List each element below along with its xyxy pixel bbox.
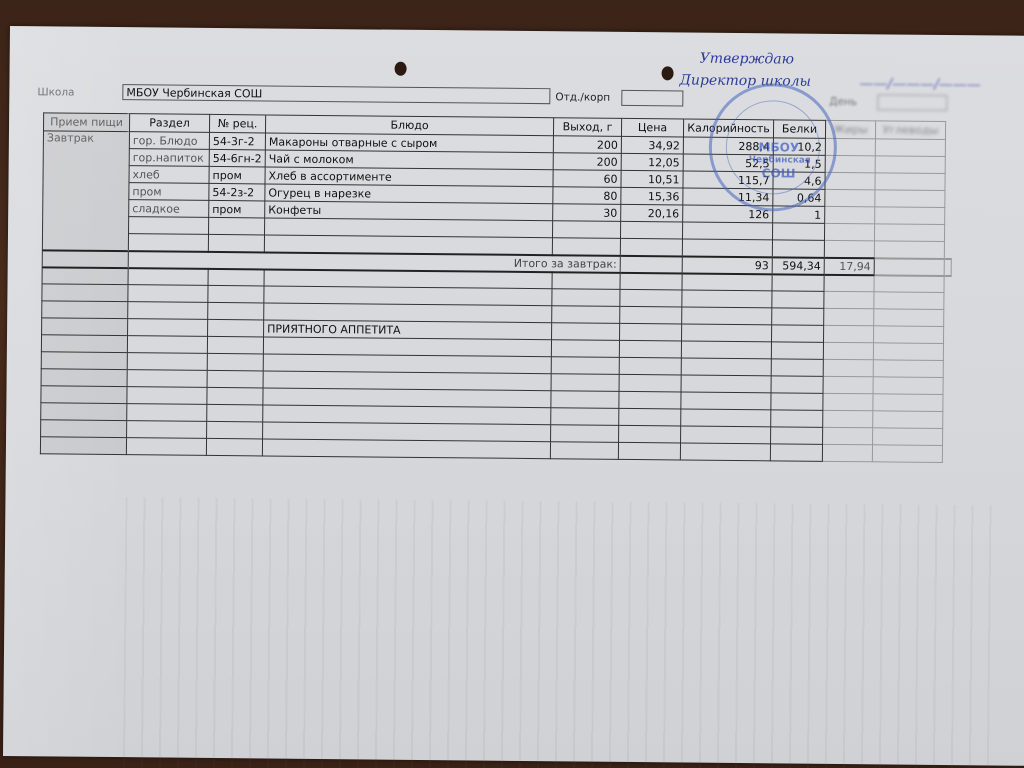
carbs-cell-blurred xyxy=(875,207,945,225)
price-cell: 10,51 xyxy=(621,170,683,188)
empty-cell xyxy=(41,403,127,421)
empty-cell xyxy=(262,439,550,459)
stamp-text: МБОУ Чербинская СОШ xyxy=(749,141,809,181)
empty-cell xyxy=(552,306,620,324)
yield-cell: 200 xyxy=(553,136,621,154)
yield-cell: 30 xyxy=(553,204,621,222)
fat-cell-blurred xyxy=(825,206,875,223)
empty-cell xyxy=(552,272,620,290)
empty-cell xyxy=(209,217,265,235)
yield-cell: 200 xyxy=(553,153,621,171)
empty-cell xyxy=(551,408,619,426)
price-cell: 20,16 xyxy=(621,204,683,222)
empty-cell xyxy=(41,420,127,438)
empty-cell xyxy=(40,437,126,455)
empty-cell xyxy=(770,444,822,461)
empty-cell xyxy=(681,426,771,444)
empty-cell xyxy=(681,375,771,393)
empty-cell xyxy=(771,427,823,444)
empty-cell xyxy=(42,284,128,302)
day-label: День xyxy=(829,96,857,108)
empty-cell xyxy=(682,307,772,325)
recipe-cell: 54-6гн-2 xyxy=(209,149,265,167)
empty-cell xyxy=(873,343,943,361)
empty-cell xyxy=(874,275,944,293)
empty-cell xyxy=(873,377,943,395)
empty-cell xyxy=(207,387,263,405)
punch-hole-right xyxy=(662,66,674,80)
total-carbs-blurred xyxy=(944,258,951,275)
recipe-cell: 54-2з-2 xyxy=(209,183,265,201)
yield-cell: 60 xyxy=(553,170,621,188)
empty-cell xyxy=(771,393,823,410)
empty-cell xyxy=(824,223,874,240)
empty-cell xyxy=(619,374,681,392)
empty-cell xyxy=(680,443,770,461)
empty-cell xyxy=(822,444,872,461)
empty-cell xyxy=(208,268,264,286)
empty-cell xyxy=(42,267,128,285)
signature-scribble: ——/———/——— xyxy=(859,76,1024,94)
empty-cell xyxy=(771,359,823,376)
empty-cell xyxy=(42,318,128,336)
empty-cell xyxy=(682,290,772,308)
empty-cell xyxy=(824,325,874,342)
empty-cell xyxy=(552,289,620,307)
dept-label: Отд./корп xyxy=(555,91,610,104)
empty-cell xyxy=(207,404,263,422)
total-price: 93 xyxy=(682,256,772,274)
empty-cell xyxy=(128,268,208,286)
total-calories: 594,34 xyxy=(772,257,824,274)
empty-cell xyxy=(873,428,943,446)
empty-cell xyxy=(823,376,873,393)
empty-cell xyxy=(873,394,943,412)
empty-cell xyxy=(682,324,772,342)
empty-cell xyxy=(551,374,619,392)
carbs-cell-blurred xyxy=(875,156,945,174)
empty-cell xyxy=(207,370,263,388)
price-cell: 15,36 xyxy=(621,187,683,205)
empty-cell xyxy=(620,272,682,290)
recipe-cell: 54-3г-2 xyxy=(209,132,265,150)
empty-cell xyxy=(128,319,208,337)
total-meal-cell xyxy=(42,250,128,268)
empty-cell xyxy=(207,336,263,354)
empty-cell xyxy=(619,340,681,358)
section-cell: пром xyxy=(129,183,209,201)
empty-cell xyxy=(682,239,772,257)
header-yield: Выход, г xyxy=(553,118,621,137)
empty-cell xyxy=(772,274,824,291)
empty-cell xyxy=(620,323,682,341)
price-cell: 12,05 xyxy=(621,153,683,171)
empty-cell xyxy=(873,411,943,429)
empty-cell xyxy=(872,445,942,463)
empty-cell xyxy=(772,325,824,342)
section-cell: сладкое xyxy=(129,200,209,218)
empty-cell xyxy=(128,302,208,320)
carbs-cell-blurred xyxy=(875,173,945,191)
dept-field xyxy=(621,90,683,107)
school-label: Школа xyxy=(37,86,74,98)
empty-cell xyxy=(619,391,681,409)
empty-cell xyxy=(552,323,620,341)
empty-cell xyxy=(208,302,264,320)
empty-cell xyxy=(772,291,824,308)
empty-cell xyxy=(207,353,263,371)
empty-cell xyxy=(824,274,874,291)
empty-cell xyxy=(208,285,264,303)
recipe-cell: пром xyxy=(209,166,265,184)
empty-cell xyxy=(772,223,824,240)
empty-cell xyxy=(127,336,207,354)
empty-cell xyxy=(620,306,682,324)
price-cell: 34,92 xyxy=(621,136,683,154)
section-cell: хлеб xyxy=(129,166,209,184)
carbs-cell-blurred xyxy=(875,190,945,208)
empty-cell xyxy=(127,387,207,405)
empty-cell xyxy=(206,438,262,456)
section-cell: гор. Блюдо xyxy=(129,132,209,150)
empty-cell xyxy=(823,359,873,376)
empty-cell xyxy=(41,352,127,370)
header-section: Раздел xyxy=(129,114,209,133)
empty-cell xyxy=(681,358,771,376)
empty-cell xyxy=(127,370,207,388)
meal-cell: Завтрак xyxy=(42,131,129,251)
empty-cell xyxy=(128,234,208,252)
empty-cell xyxy=(874,241,944,259)
empty-cell xyxy=(772,240,824,257)
total-yield-cell xyxy=(620,255,682,273)
empty-cell xyxy=(619,425,681,443)
empty-cell xyxy=(126,438,206,456)
empty-cell xyxy=(128,285,208,303)
section-cell: гор.напиток xyxy=(129,149,209,167)
school-name-field: МБОУ Чербинская СОШ xyxy=(122,84,550,104)
empty-cell xyxy=(619,408,681,426)
empty-cell xyxy=(771,410,823,427)
empty-cell xyxy=(551,357,619,375)
punch-hole-left xyxy=(395,62,407,76)
empty-cell xyxy=(874,309,944,327)
empty-cell xyxy=(823,427,873,444)
empty-cell xyxy=(550,442,618,460)
empty-cell xyxy=(824,291,874,308)
menu-sheet: Утверждаю Директор школы ——/———/——— Школ… xyxy=(3,26,1024,766)
empty-cell xyxy=(620,238,682,256)
empty-cell xyxy=(127,421,207,439)
empty-cell xyxy=(552,238,620,256)
header-price: Цена xyxy=(621,118,683,137)
empty-cell xyxy=(618,442,680,460)
total-protein: 17,94 xyxy=(824,257,874,274)
empty-cell xyxy=(620,289,682,307)
empty-cell xyxy=(552,221,620,239)
recipe-cell: пром xyxy=(209,200,265,218)
empty-cell xyxy=(823,393,873,410)
empty-cell xyxy=(823,342,873,359)
empty-cell xyxy=(127,404,207,422)
empty-cell xyxy=(681,392,771,410)
empty-cell xyxy=(127,353,207,371)
empty-cell xyxy=(682,222,772,240)
empty-cell xyxy=(874,292,944,310)
empty-cell xyxy=(208,234,264,252)
empty-cell xyxy=(619,357,681,375)
empty-cell xyxy=(551,391,619,409)
empty-cell xyxy=(771,342,823,359)
date-field-blurred xyxy=(877,94,947,111)
empty-cell xyxy=(41,386,127,404)
header-carbs: Углеводы xyxy=(875,121,945,140)
empty-cell xyxy=(207,421,263,439)
empty-cell xyxy=(42,301,128,319)
empty-cell xyxy=(874,224,944,242)
empty-cell xyxy=(771,376,823,393)
approval-handwriting-line1: Утверждаю xyxy=(700,51,794,68)
empty-cell xyxy=(823,410,873,427)
empty-cell xyxy=(824,240,874,257)
fat-cell-blurred xyxy=(825,189,875,206)
empty-cell xyxy=(681,409,771,427)
carbs-cell-blurred xyxy=(875,139,945,157)
empty-cell xyxy=(551,425,619,443)
total-fat-blurred xyxy=(874,258,944,276)
empty-cell xyxy=(41,335,127,353)
empty-cell xyxy=(551,340,619,358)
header-meal: Прием пищи xyxy=(43,113,129,132)
empty-cell xyxy=(682,273,772,291)
header-recipe: № рец. xyxy=(209,114,265,133)
empty-cell xyxy=(681,341,771,359)
empty-cell xyxy=(873,326,943,344)
empty-cell xyxy=(41,369,127,387)
yield-cell: 80 xyxy=(553,187,621,205)
fat-cell-blurred xyxy=(825,172,875,189)
empty-cell xyxy=(620,221,682,239)
empty-cell xyxy=(873,360,943,378)
empty-cell xyxy=(824,308,874,325)
reverse-side-bleed-through xyxy=(123,497,1006,768)
empty-cell xyxy=(208,319,264,337)
empty-cell xyxy=(772,308,824,325)
empty-cell xyxy=(129,217,209,235)
